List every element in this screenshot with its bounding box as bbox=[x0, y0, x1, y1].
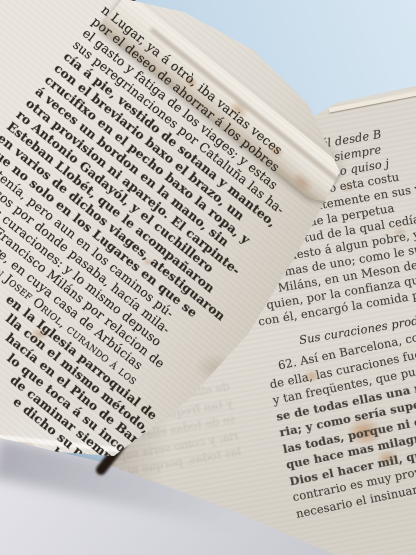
book-photo: de ella, las curaciones fueron tantas, y… bbox=[0, 0, 416, 555]
page-fore-edge bbox=[328, 90, 416, 112]
